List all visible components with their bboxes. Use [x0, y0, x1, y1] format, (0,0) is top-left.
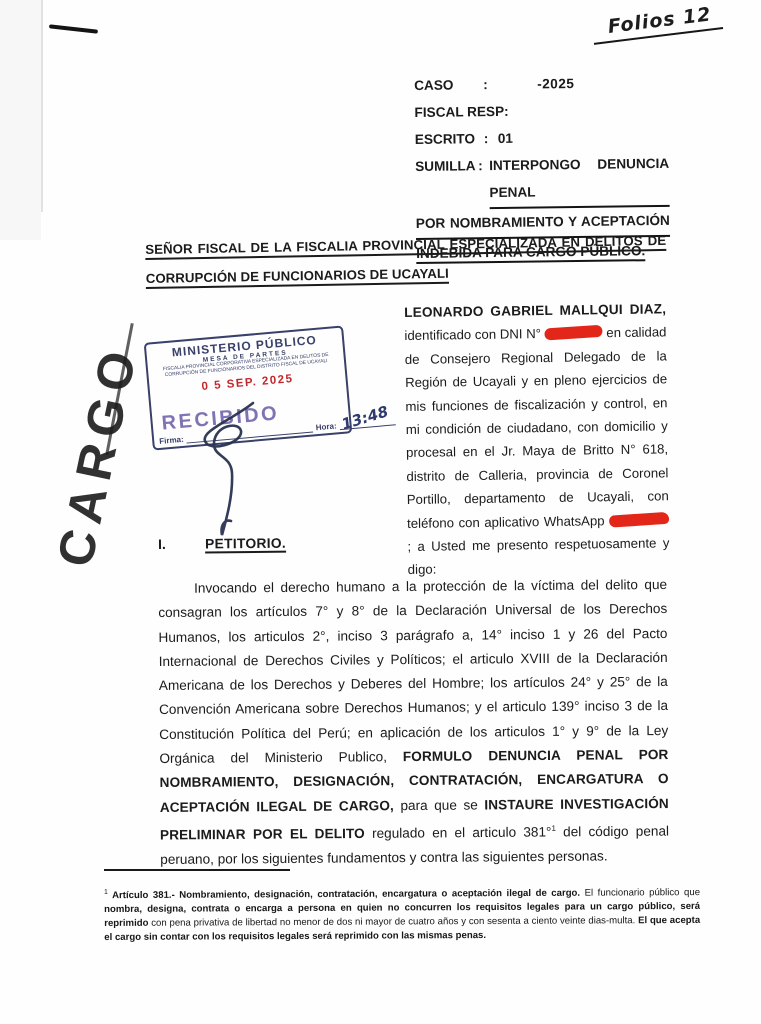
caso-separator: :	[483, 71, 495, 98]
footnote: 1 Artículo 381.- Nombramiento, designaci…	[104, 882, 700, 943]
dni-redaction	[544, 325, 603, 341]
scan-seam-line	[41, 0, 43, 212]
fiscal-resp-row: FISCAL RESP:	[414, 96, 668, 126]
footnote-text-2: con pena privativa de libertad no menor …	[148, 915, 638, 929]
cargo-stamp: CARGO	[42, 324, 154, 586]
petitorio-text-1: Invocando el derecho humano a la protecc…	[158, 577, 668, 766]
intro-after-phone: ; a Usted me presento respetuosamente y …	[407, 536, 669, 578]
scan-edge-strip	[0, 0, 41, 240]
intro-after-dni: en calidad de Consejero Regional Delegad…	[405, 325, 669, 531]
escrito-value: 01	[498, 131, 513, 146]
sumilla-separator: :	[478, 152, 490, 209]
sumilla-row: SUMILLA:INTERPONGO DENUNCIA PENAL	[415, 150, 670, 210]
footnote-rule	[104, 869, 290, 871]
hora-handwritten: 13:48	[339, 402, 390, 433]
folios-annotation: Folios 12	[591, 2, 723, 45]
sumilla-label: SUMILLA	[415, 152, 479, 210]
escrito-separator: :	[484, 125, 496, 152]
petitorio-text-3: regulado en el articulo 381°	[365, 824, 552, 840]
signature-scribble	[181, 397, 281, 542]
petitorio-text-2: para que se	[394, 797, 485, 813]
intro-paragraph: LEONARDO GABRIEL MALLQUI DIAZ, identific…	[404, 298, 670, 583]
caso-label: CASO	[414, 71, 483, 99]
claimant-name: LEONARDO GABRIEL MALLQUI DIAZ,	[404, 302, 666, 321]
escrito-label: ESCRITO	[415, 125, 484, 153]
hora-label: Hora:	[315, 421, 337, 432]
sumilla-line-1: INTERPONGO DENUNCIA PENAL	[489, 150, 670, 209]
intro-before-dni: identificado con DNI N°	[404, 327, 544, 344]
pen-mark-artifact	[49, 24, 98, 33]
footnote-bold-title: Artículo 381.- Nombramiento, designación…	[108, 887, 580, 900]
escrito-row: ESCRITO:01	[415, 123, 669, 153]
caso-row: CASO:-2025	[414, 69, 668, 99]
document-page: Folios 12 CASO:-2025 FISCAL RESP: ESCRIT…	[0, 0, 761, 1024]
caso-value: -2025	[537, 76, 574, 91]
hora-line: 13:48	[339, 415, 396, 430]
fiscal-resp-label: FISCAL RESP:	[414, 104, 508, 120]
addressee-heading: SEÑOR FISCAL DE LA FISCALIA PROVINCIAL E…	[145, 227, 667, 293]
petitorio-paragraph: Invocando el derecho humano a la protecc…	[158, 573, 669, 872]
phone-redaction	[609, 512, 670, 528]
footnote-text-1: El funcionario público que	[580, 887, 700, 899]
